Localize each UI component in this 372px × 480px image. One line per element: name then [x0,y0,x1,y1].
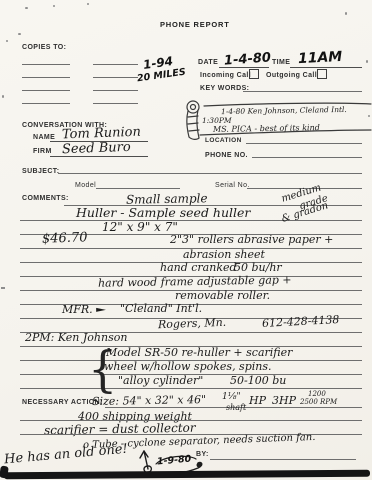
time-label: TIME [272,59,290,66]
phone-no-label: PHONE NO. [205,152,248,159]
comment-hand-cranked: hand cranked [160,262,237,273]
comment-dimensions: 12" x 9" x 7" [102,221,178,233]
scan-noise [53,5,55,7]
mfr-arrow-icon: ► [96,306,106,314]
scan-noise [6,40,8,42]
date-label: DATE [198,59,218,66]
note-old-one: He has an old one! [4,443,129,467]
mfr-label: MFR. [62,304,93,315]
copies-line [93,103,138,104]
scan-noise [87,3,89,5]
firm-line [50,156,148,157]
copies-line [22,90,70,91]
time-value: 11AM [298,50,343,66]
action-size: Size: 54" x 32" x 46" [92,394,206,407]
comment-model-sr50: Model SR-50 re-huller + scarifier [106,347,292,358]
scan-noise [1,287,5,289]
comment-abrasion-sheet: abrasion sheet [183,249,265,260]
action-shaft-word: shaft [226,404,246,412]
firm-label: FIRM [33,148,52,155]
copies-line [22,103,70,104]
copies-line [93,64,138,65]
subject-line [58,173,362,174]
key-words-label: KEY WORDS: [200,85,249,92]
date-line [219,67,269,68]
incoming-call-checkbox [249,69,259,79]
copies-line [93,90,138,91]
outgoing-call-label: Outgoing Call [266,72,317,79]
action-rpm-bottom: 2500 RPM [300,399,337,406]
location-label: LOCATION [205,138,242,145]
comment-small-sample: Small sample [126,192,208,205]
scan-noise [345,12,347,15]
comment-frame: hard wood frame adjustable gap + [98,274,292,288]
date-value: 1-4-80 [224,51,272,67]
key-words-line [243,91,362,92]
scroll-note-line2: 1:30PM [202,117,232,125]
action-3hp: 3HP [272,395,296,406]
comment-capacity-range: 50-100 bu [230,375,286,386]
subject-label: SUBJECT: [22,168,59,175]
comment-price: $46.70 [42,231,88,246]
action-rpm-top: 1200 [308,391,326,398]
comment-alloy-cylinder: "alloy cylinder" [118,375,203,386]
by-line [210,459,356,460]
time-line [290,67,362,68]
outgoing-call-checkbox [317,69,327,79]
action-hp: HP [249,395,266,406]
copies-to-label: COPIES TO: [22,44,66,51]
scan-noise [366,60,368,63]
scan-edge-bar [4,470,370,480]
location-line [246,143,362,144]
action-shaft-dim: 1⅛" [222,393,241,402]
comment-rollers: 2"3" rollers abrasive paper + [170,234,333,245]
firm-value: Seed Buro [62,141,131,156]
scan-noise [2,95,4,98]
serial-no-label: Serial No. [215,182,250,189]
necessary-action-label: NECESSARY ACTION: [22,399,103,406]
comments-label: COMMENTS: [22,195,69,202]
phone-report-page: PHONE REPORT COPIES TO: 1-94 20 MILES DA… [0,0,372,480]
incoming-call-label: Incoming Call [200,72,251,79]
copies-line [22,77,70,78]
mfr-value: "Cleland" Int'l. [120,303,202,314]
comment-wheel-spokes: wheel w/hollow spokes, spins. [104,361,272,372]
comment-capacity: 50 bu/hr [234,262,282,273]
comments-line [20,220,362,221]
mfr-phone: 612-428-4138 [262,314,340,329]
model-label: Model [75,182,96,189]
name-label: NAME [33,134,55,141]
comment-huller: Huller - Sample seed huller [76,207,250,220]
model-line [96,188,180,189]
scan-noise [25,7,28,9]
copies-line [93,77,138,78]
page-title: PHONE REPORT [160,20,230,29]
comments-line [20,388,362,389]
scroll-note-line1: 1-4-80 Ken Johnson, Cleland Intl. [221,106,347,116]
phone-no-line [252,157,362,158]
scan-noise [18,33,21,35]
mfr-city: Rogers, Mn. [158,317,227,330]
copies-line [22,64,70,65]
comment-removable-roller: removable roller. [175,290,270,301]
